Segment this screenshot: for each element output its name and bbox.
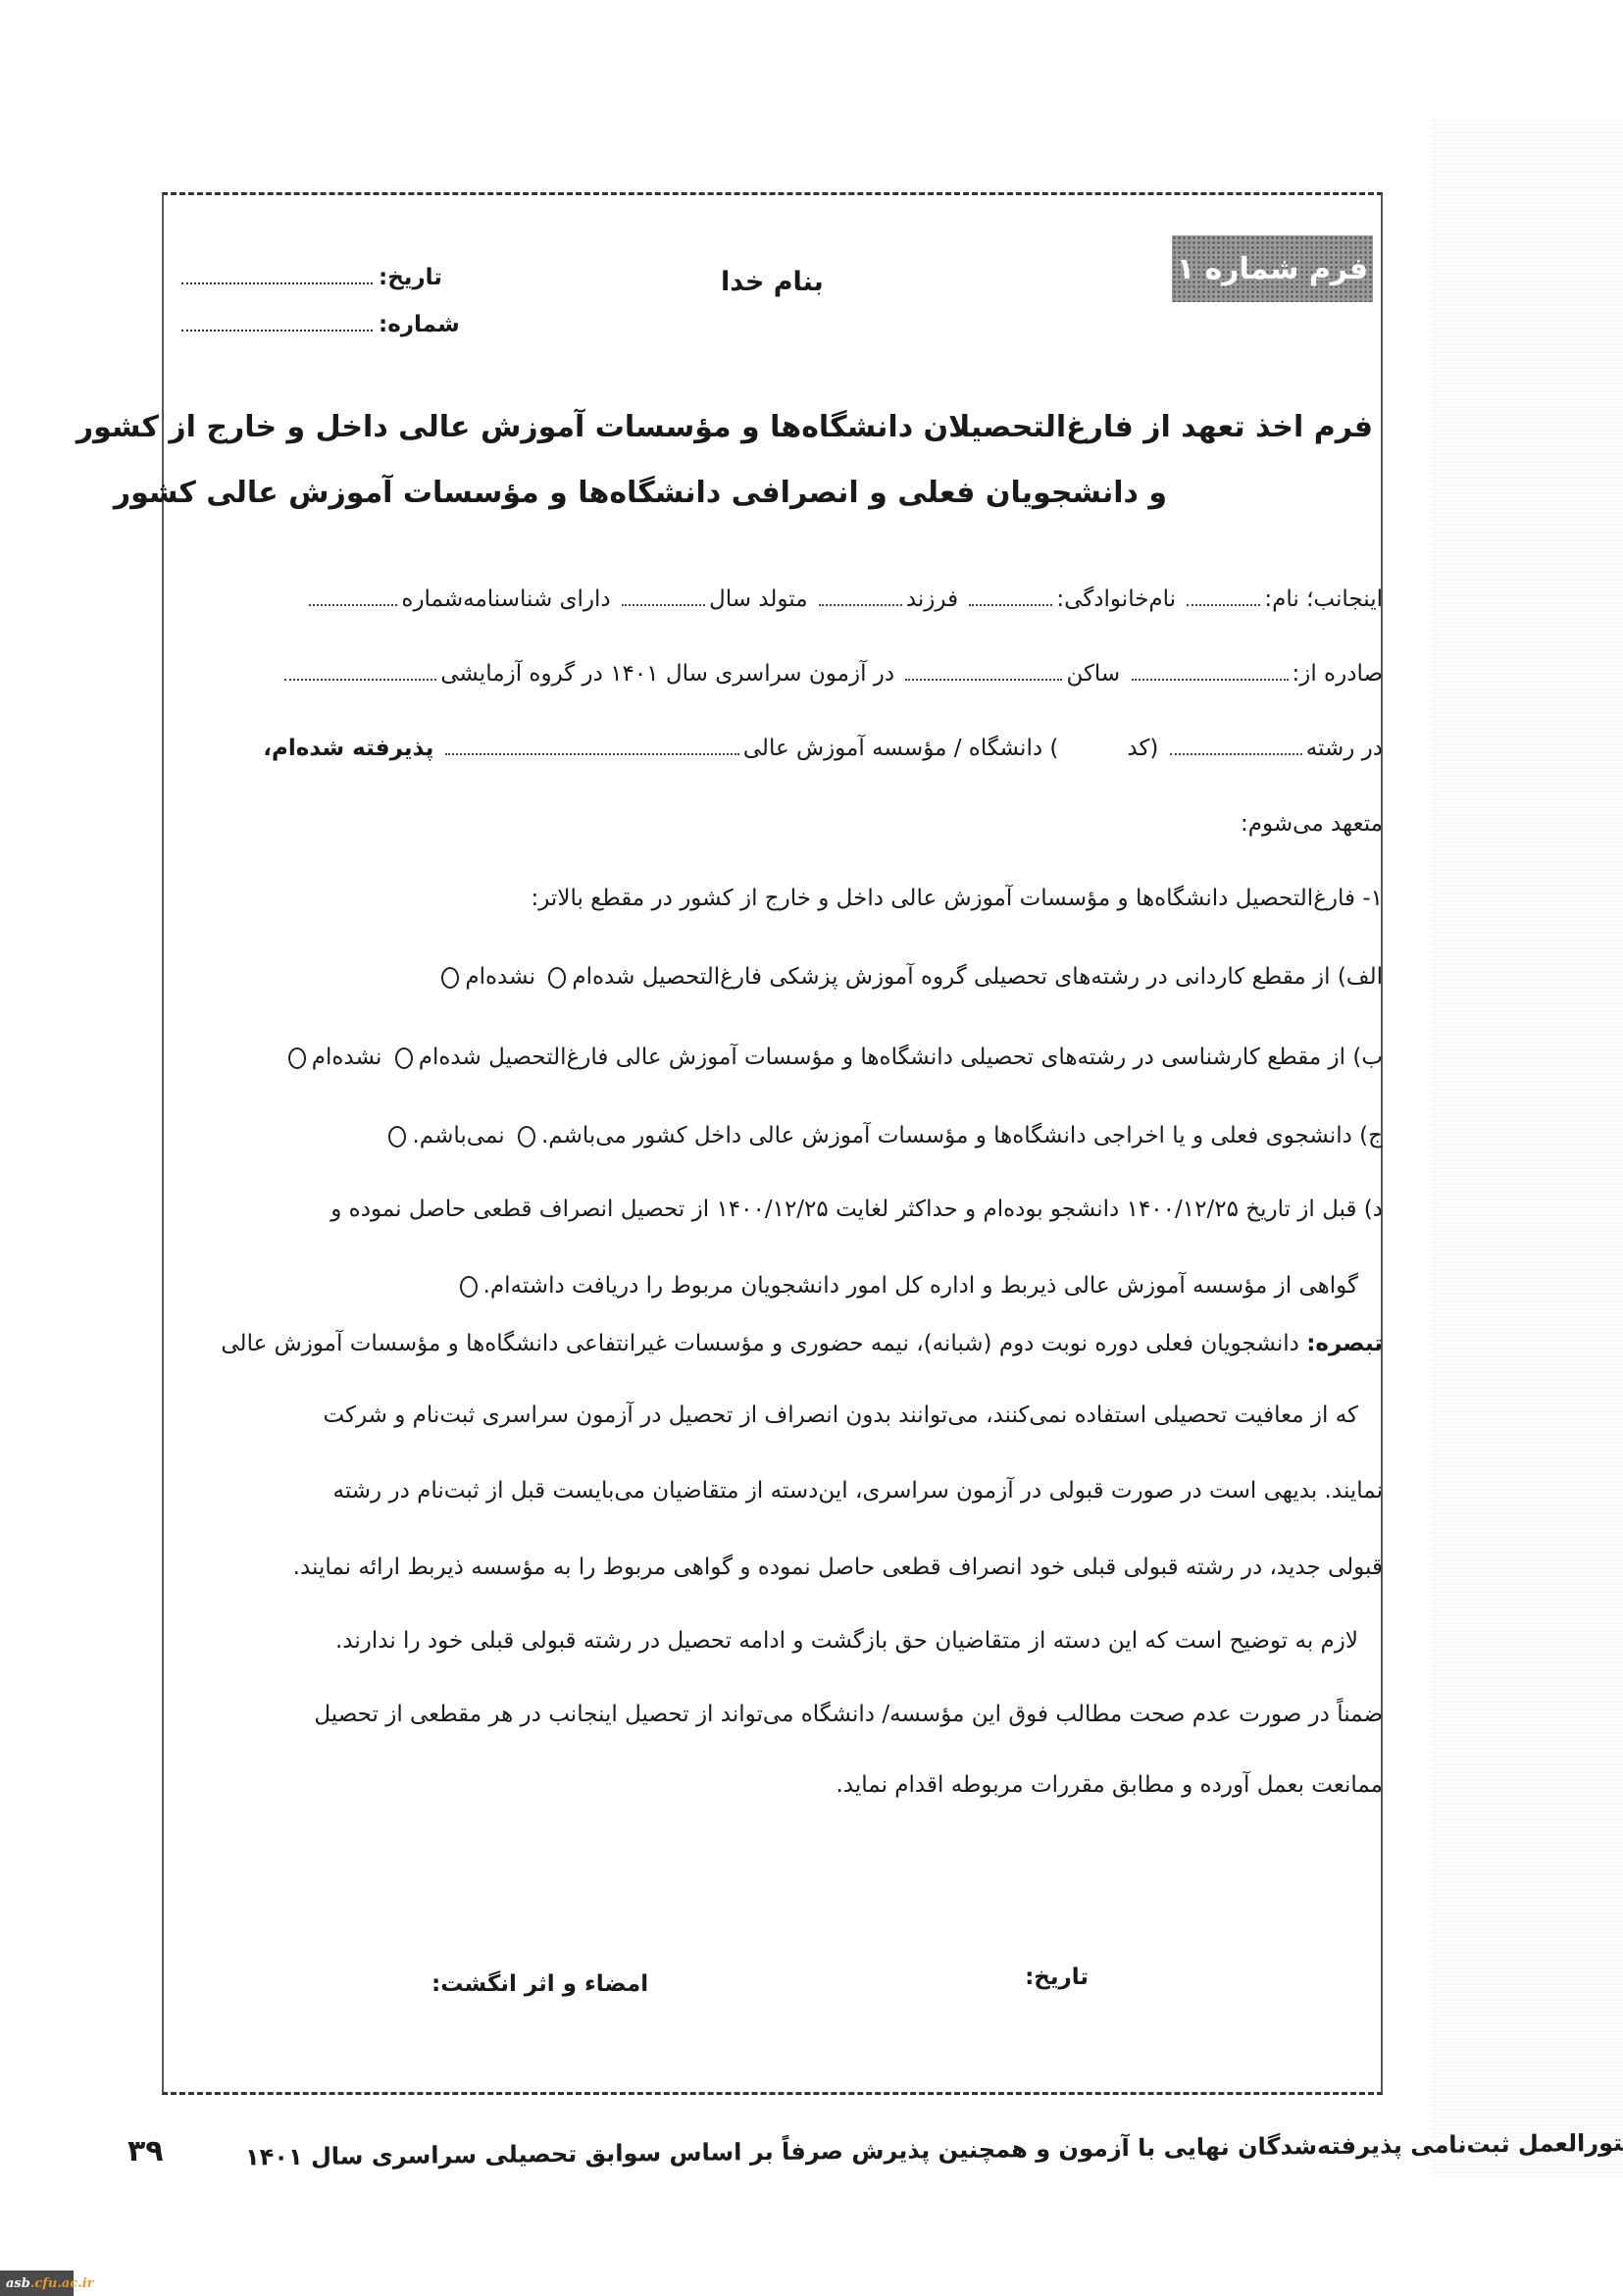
note-line5: لازم به توضیح است که این دسته از متقاضیا… xyxy=(335,1628,1358,1654)
site-tag-part2: .cfu.ac.ir xyxy=(30,2276,94,2291)
father-name-blank[interactable] xyxy=(819,604,902,606)
option-jim: ج) دانشجوی فعلی و یا اخراجی دانشگاه‌ها و… xyxy=(382,1123,1383,1148)
note-label: تبصره: xyxy=(1306,1331,1383,1356)
option-be-text: ب) از مقطع کارشناسی در رشته‌های تحصیلی د… xyxy=(488,1045,1383,1070)
note-line4: قبولی جدید، در رشته قبولی قبلی خود انصرا… xyxy=(293,1555,1383,1580)
header-date-blank[interactable] xyxy=(181,282,373,284)
option-dal-radio[interactable] xyxy=(460,1276,478,1298)
option-jim-no-radio[interactable] xyxy=(388,1126,406,1148)
option-be-yes-label: شده‌ام xyxy=(419,1045,482,1070)
header-date-field[interactable]: تاریخ: xyxy=(181,265,442,290)
label-admitted: پذیرفته شده‌ام، xyxy=(263,736,433,761)
family-name-blank[interactable] xyxy=(969,604,1052,606)
label-child-of: فرزند xyxy=(906,587,958,612)
option-jim-yes-radio[interactable] xyxy=(518,1126,535,1148)
issued-from-blank[interactable] xyxy=(1132,679,1289,681)
background-watermark xyxy=(1432,118,1623,2177)
option-dal-line1: د) قبل از تاریخ ۱۴۰۰/۱۲/۲۵ دانشجو بوده‌ا… xyxy=(330,1197,1383,1222)
header-number-label: شماره: xyxy=(379,312,460,337)
header-date-label: تاریخ: xyxy=(379,265,442,290)
closing-line1: ضمناً در صورت عدم صحت مطالب فوق این مؤسس… xyxy=(314,1702,1383,1727)
form-title-line2: و دانشجویان فعلی و انصرافی دانشگاه‌ها و … xyxy=(114,476,1167,510)
birth-year-blank[interactable] xyxy=(622,604,705,606)
basmala-heading: بنام خدا xyxy=(721,267,824,297)
label-name: اینجانب؛ نام: xyxy=(1264,587,1383,612)
option-be-no-label: نشده‌ام xyxy=(312,1045,382,1070)
note-text-1: دانشجویان فعلی دوره نوبت دوم (شبانه)، نی… xyxy=(221,1331,1299,1356)
option-alef-no-label: نشده‌ام xyxy=(465,964,535,990)
label-resident: ساکن xyxy=(1066,661,1120,687)
university-blank[interactable] xyxy=(445,753,739,755)
option-jim-yes-label: می‌باشم. xyxy=(541,1123,627,1148)
footer-caption: دستورالعمل ثبت‌نامی پذیرفته‌شدگان نهایی … xyxy=(245,2128,1623,2170)
label-code-open: (کد xyxy=(1127,736,1158,761)
option-alef-text: الف) از مقطع کاردانی در رشته‌های تحصیلی … xyxy=(642,964,1383,990)
form-number-badge: فرم شماره ۱ xyxy=(1172,235,1373,302)
personal-info-row1: اینجانب؛ نام: نام‌خانوادگی: فرزند متولد … xyxy=(305,587,1383,612)
option-alef-yes-label: شده‌ام xyxy=(572,964,634,990)
resident-blank[interactable] xyxy=(905,679,1062,681)
personal-info-row2: صادره از: ساکن در آزمون سراسری سال ۱۴۰۱ … xyxy=(280,661,1383,687)
label-id-number: دارای شناسنامه‌شماره xyxy=(401,587,610,612)
option-be-yes-radio[interactable] xyxy=(395,1047,413,1069)
option-be-no-radio[interactable] xyxy=(288,1047,306,1069)
personal-info-row3: در رشته (کد) دانشگاه / مؤسسه آموزش عالی … xyxy=(263,736,1383,761)
label-family-name: نام‌خانوادگی: xyxy=(1056,587,1176,612)
header-number-blank[interactable] xyxy=(181,330,373,332)
label-birth-year: متولد سال xyxy=(709,587,808,612)
option-jim-text: ج) دانشجوی فعلی و یا اخراجی دانشگاه‌ها و… xyxy=(634,1123,1383,1148)
option-alef-yes-radio[interactable] xyxy=(548,967,566,989)
option-alef-no-radio[interactable] xyxy=(441,967,459,989)
header-number-field[interactable]: شماره: xyxy=(181,312,460,337)
note-line2: که از معافیت تحصیلی استفاده نمی‌کنند، می… xyxy=(323,1403,1358,1428)
option-be: ب) از مقطع کارشناسی در رشته‌های تحصیلی د… xyxy=(282,1045,1383,1070)
label-university: ) دانشگاه / مؤسسه آموزش عالی xyxy=(743,736,1059,761)
site-tag-part1: asb xyxy=(6,2276,30,2291)
option-dal-text: گواهی از مؤسسه آموزش عالی ذیربط و اداره … xyxy=(483,1273,1358,1299)
commitment-label: متعهد می‌شوم: xyxy=(1241,811,1383,837)
option-alef: الف) از مقطع کاردانی در رشته‌های تحصیلی … xyxy=(435,964,1383,990)
label-major: در رشته xyxy=(1306,736,1383,761)
section1-heading: ۱- فارغ‌التحصیل دانشگاه‌ها و مؤسسات آموز… xyxy=(531,886,1383,911)
name-blank[interactable] xyxy=(1187,604,1260,606)
site-watermark-tag: asb.cfu.ac.ir xyxy=(0,2270,74,2296)
signature-date-label: تاریخ: xyxy=(1025,1964,1089,1990)
signature-fingerprint-label: امضاء و اثر انگشت: xyxy=(431,1971,648,1997)
closing-line2: ممانعت بعمل آورده و مطابق مقررات مربوطه … xyxy=(837,1772,1384,1798)
id-number-blank[interactable] xyxy=(309,604,397,606)
label-issued-from: صادره از: xyxy=(1293,661,1384,687)
option-dal-line2: گواهی از مؤسسه آموزش عالی ذیربط و اداره … xyxy=(454,1273,1358,1299)
page-number: ۳۹ xyxy=(127,2134,164,2168)
note-line1: تبصره: دانشجویان فعلی دوره نوبت دوم (شبا… xyxy=(221,1331,1383,1356)
exam-group-blank[interactable] xyxy=(284,679,436,681)
label-exam-group: در آزمون سراسری سال ۱۴۰۱ در گروه آزمایشی xyxy=(440,661,894,687)
major-blank[interactable] xyxy=(1170,753,1302,755)
form-title-line1: فرم اخذ تعهد از فارغ‌التحصیلان دانشگاه‌ه… xyxy=(76,410,1373,444)
option-jim-no-label: نمی‌باشم. xyxy=(412,1123,504,1148)
note-line3: نمایند. بدیهی است در صورت قبولی در آزمون… xyxy=(333,1478,1384,1504)
